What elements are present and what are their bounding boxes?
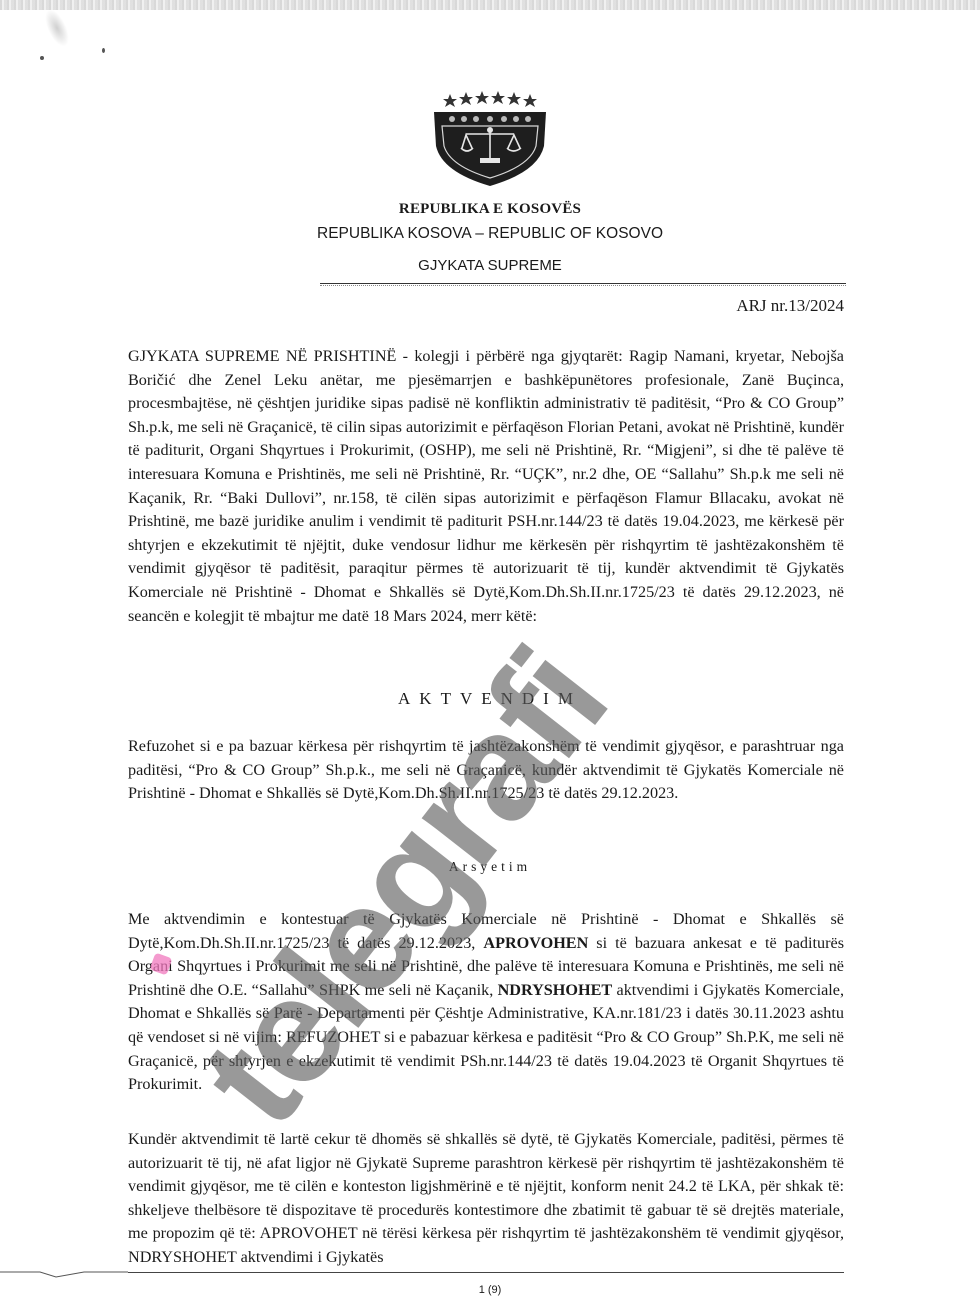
scan-strikethrough-line xyxy=(128,1272,844,1273)
header-divider xyxy=(320,283,846,284)
scan-artifact-top xyxy=(0,0,980,10)
ruling-paragraph: Refuzohet si e pa bazuar kërkesa për ris… xyxy=(128,735,844,806)
page-number: 1 (9) xyxy=(0,1284,980,1296)
scan-speck xyxy=(102,48,105,53)
intro-paragraph: GJYKATA SUPREME NË PRISHTINË - kolegji i… xyxy=(128,345,844,628)
case-number: ARJ nr.13/2024 xyxy=(736,296,844,316)
court-emblem-icon xyxy=(428,88,552,188)
ruling-heading: AKTVENDIM xyxy=(0,689,980,709)
header-divider-shadow xyxy=(320,285,846,286)
scan-smear xyxy=(40,6,73,50)
reasoning-paragraph-1: Me aktvendimin e kontestuar të Gjykatës … xyxy=(128,908,844,1097)
country-name-multilingual: REPUBLIKA KOSOVA – REPUBLIC OF KOSOVO xyxy=(0,225,980,243)
country-name-albanian: REPUBLIKA E KOSOVËS xyxy=(0,201,980,218)
reasoning-paragraph-2: Kundër aktvendimit të lartë cekur të dho… xyxy=(128,1128,844,1270)
emphasis-approved: APROVOHEN xyxy=(483,934,588,952)
emphasis-modified: NDRYSHOHET xyxy=(498,981,613,999)
scan-line-artifact xyxy=(0,1269,128,1279)
court-name: GJYKATA SUPREME xyxy=(0,257,980,274)
reasoning-heading: Arsyetim xyxy=(0,859,980,875)
scan-speck xyxy=(40,56,44,60)
